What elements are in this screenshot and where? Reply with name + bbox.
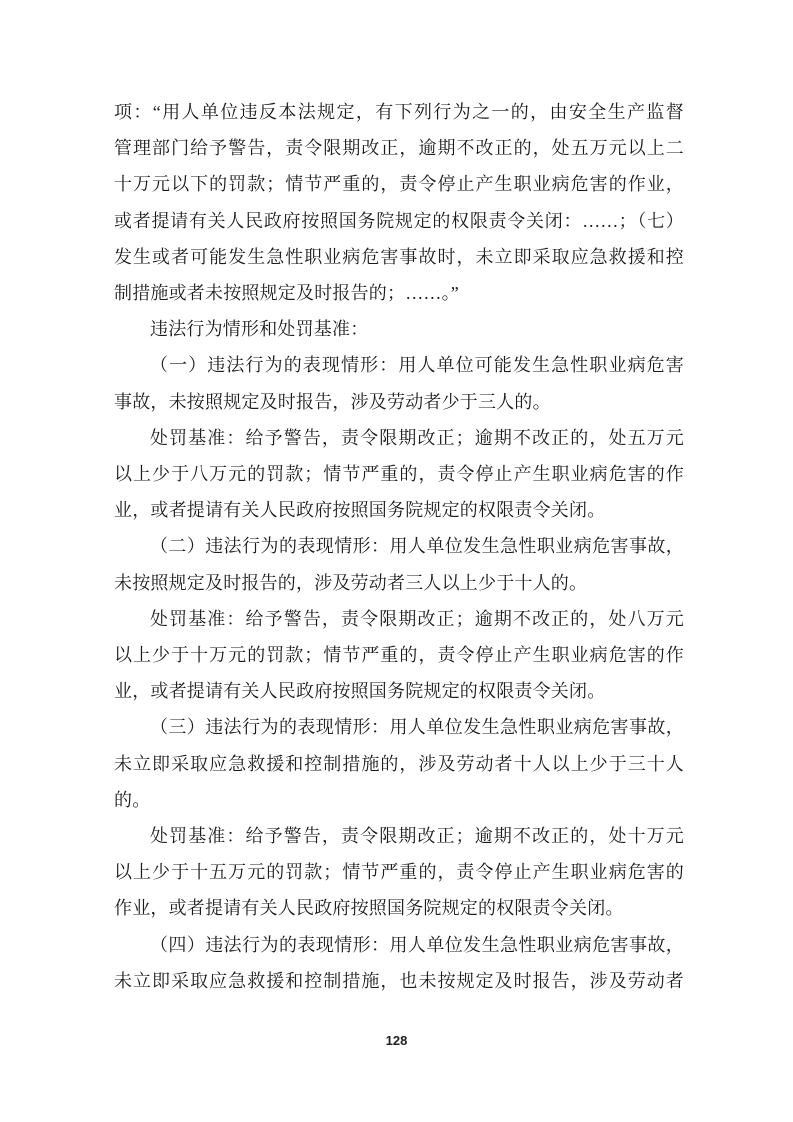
paragraph: （四）违法行为的表现情形：用人单位发生急性职业病危害事故，未立即采取应急救援和控…: [114, 927, 684, 999]
text-line: （一）违法行为的表现情形：用人单位可能发生急性职业病危害: [114, 347, 684, 383]
paragraph: 项：“用人单位违反本法规定，有下列行为之一的，由安全生产监督管理部门给予警告，责…: [114, 94, 684, 311]
text-line: 发生或者可能发生急性职业病危害事故时，未立即采取应急救援和控: [114, 239, 684, 275]
text-line: 项：“用人单位违反本法规定，有下列行为之一的，由安全生产监督: [114, 94, 684, 130]
text-line: 以上少于十五万元的罚款；情节严重的，责令停止产生职业病危害的: [114, 854, 684, 890]
paragraph: 处罚基准：给予警告，责令限期改正；逾期不改正的，处十万元以上少于十五万元的罚款；…: [114, 818, 684, 927]
document-body: 项：“用人单位违反本法规定，有下列行为之一的，由安全生产监督管理部门给予警告，责…: [114, 94, 684, 999]
paragraph: 违法行为情形和处罚基准：: [114, 311, 684, 347]
text-line: 事故，未按照规定及时报告，涉及劳动者少于三人的。: [114, 384, 684, 420]
document-page: 项：“用人单位违反本法规定，有下列行为之一的，由安全生产监督管理部门给予警告，责…: [0, 0, 793, 1122]
text-line: 处罚基准：给予警告，责令限期改正；逾期不改正的，处十万元: [114, 818, 684, 854]
text-line: 以上少于八万元的罚款；情节严重的，责令停止产生职业病危害的作: [114, 456, 684, 492]
text-line: 十万元以下的罚款；情节严重的，责令停止产生职业病危害的作业，: [114, 166, 684, 202]
paragraph: （三）违法行为的表现情形：用人单位发生急性职业病危害事故，未立即采取应急救援和控…: [114, 709, 684, 818]
text-line: 违法行为情形和处罚基准：: [114, 311, 684, 347]
paragraph: （一）违法行为的表现情形：用人单位可能发生急性职业病危害事故，未按照规定及时报告…: [114, 347, 684, 419]
text-line: （二）违法行为的表现情形：用人单位发生急性职业病危害事故，: [114, 528, 684, 564]
text-line: 的。: [114, 782, 684, 818]
text-line: 制措施或者未按照规定及时报告的；……。”: [114, 275, 684, 311]
paragraph: 处罚基准：给予警告，责令限期改正；逾期不改正的，处八万元以上少于十万元的罚款；情…: [114, 601, 684, 710]
text-line: 或者提请有关人民政府按照国务院规定的权限责令关闭：……；（七）: [114, 203, 684, 239]
text-line: 业，或者提请有关人民政府按照国务院规定的权限责令关闭。: [114, 673, 684, 709]
text-line: 未立即采取应急救援和控制措施的，涉及劳动者十人以上少于三十人: [114, 746, 684, 782]
text-line: （四）违法行为的表现情形：用人单位发生急性职业病危害事故，: [114, 927, 684, 963]
text-line: 处罚基准：给予警告，责令限期改正；逾期不改正的，处八万元: [114, 601, 684, 637]
text-line: 未按照规定及时报告的，涉及劳动者三人以上少于十人的。: [114, 565, 684, 601]
text-line: 管理部门给予警告，责令限期改正，逾期不改正的，处五万元以上二: [114, 130, 684, 166]
text-line: （三）违法行为的表现情形：用人单位发生急性职业病危害事故，: [114, 709, 684, 745]
text-line: 未立即采取应急救援和控制措施，也未按规定及时报告，涉及劳动者: [114, 963, 684, 999]
paragraph: 处罚基准：给予警告，责令限期改正；逾期不改正的，处五万元以上少于八万元的罚款；情…: [114, 420, 684, 529]
text-line: 业，或者提请有关人民政府按照国务院规定的权限责令关闭。: [114, 492, 684, 528]
text-line: 以上少于十万元的罚款；情节严重的，责令停止产生职业病危害的作: [114, 637, 684, 673]
text-line: 作业，或者提请有关人民政府按照国务院规定的权限责令关闭。: [114, 890, 684, 926]
paragraph: （二）违法行为的表现情形：用人单位发生急性职业病危害事故，未按照规定及时报告的，…: [114, 528, 684, 600]
text-line: 处罚基准：给予警告，责令限期改正；逾期不改正的，处五万元: [114, 420, 684, 456]
page-number: 128: [0, 1033, 793, 1048]
